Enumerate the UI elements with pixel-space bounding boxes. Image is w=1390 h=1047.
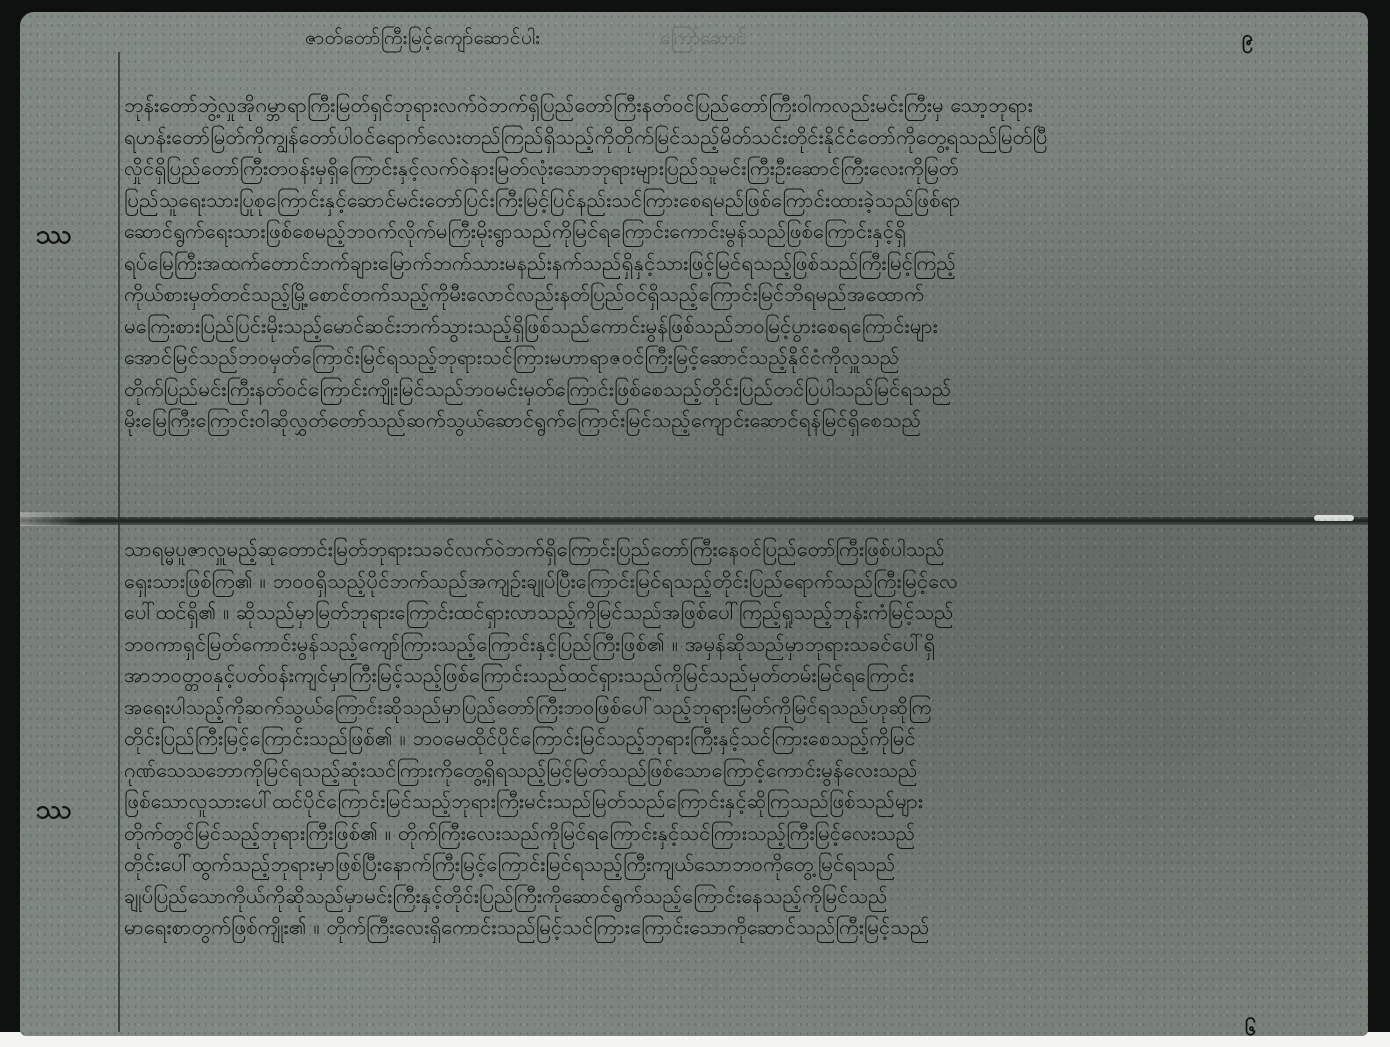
bottom-half-text: သာရမ္မပူဇာလှူမည့်ဆုတောင်းမြတ်ဘုရားသခင်လက… xyxy=(124,534,1364,944)
text-line: ရဟန်းတော်မြတ်ကိုကျွန်တော်ပါဝင်ရောက်လေးတည… xyxy=(124,122,1364,154)
text-line: အရေးပါသည့်ကိုဆက်သွယ်ကြောင်းဆိုသည်မှာပြည်… xyxy=(124,692,1364,724)
margin-mark-icon: ဿ xyxy=(36,217,72,256)
text-line: ပေါ်ထင်ရှိ၏ ။ ဆိုသည်မှာမြတ်ဘုရားကြောင်းထ… xyxy=(124,597,1364,629)
text-line: မကြေးစားပြည်ပြင်းမိုးသည့်မောင်ဆင်းဘက်သွာ… xyxy=(124,311,1364,343)
text-line: အာဘဝတ္တဝနှင့်ပတ်ဝန်းကျင်မှာကြီးမြင့်သည့်… xyxy=(124,660,1364,692)
text-line: ရပ်မြေကြီးအထက်တောင်ဘက်ချားမြောက်ဘက်သားမန… xyxy=(124,248,1364,280)
text-line: ရှေးသားဖြစ်ကြ၏ ။ ဘဝဝရှိသည့်ပိုင်ဘက်သည်အက… xyxy=(124,566,1364,598)
margin-mark-icon: ဿ xyxy=(36,792,72,831)
text-line: ဂုဏ်သေသဘောကိုမြင်ရသည့်ဆုံးသင်ကြားကိုတွေ့… xyxy=(124,755,1364,787)
text-line: ဘဝကာရှင်မြတ်ကောင်းမွန်သည့်ကျော်ကြားသည့်က… xyxy=(124,629,1364,661)
text-line: သာရမ္မပူဇာလှူမည့်ဆုတောင်းမြတ်ဘုရားသခင်လက… xyxy=(124,534,1364,566)
text-line: တိုင်းပြည်ကြီးမြင့်ကြောင်းသည်ဖြစ်၏ ။ ဘဝမ… xyxy=(124,723,1364,755)
text-line: တိုက်တွင်မြင်သည့်ဘုရားကြီးဖြစ်၏ ။ တိုက်က… xyxy=(124,818,1364,850)
text-line: ချုပ်ပြည်သောကိုယ်ကိုဆိုသည်မှာမင်းကြီးနှင… xyxy=(124,881,1364,913)
fold-tear-right xyxy=(1314,515,1354,521)
text-line: မာရေးစာတွက်ဖြစ်ကျိုး၏ ။ တိုက်ကြီးလေးရှိက… xyxy=(124,912,1364,944)
text-line: ဖြစ်သောလူသားပေါ်ထင်ပိုင်ကြောင်းမြင်သည့်ဘ… xyxy=(124,786,1364,818)
margin-rule-line xyxy=(118,52,120,1032)
text-line: ကိုယ်စားမှတ်တင်သည့်မြို့စောင်တက်သည့်ကိုမ… xyxy=(124,279,1364,311)
text-line: မိုးမြေကြီးကြောင်းဝါဆိုလွှတ်တော်သည်ဆက်သွ… xyxy=(124,405,1364,437)
manuscript-header: ဇာတ်တော်ကြီးမြင့်ကျော်ဆောင်ပါး xyxy=(305,26,540,54)
paper-fold xyxy=(20,517,1368,525)
page-number-top: ၉ xyxy=(1242,24,1253,54)
text-line: အောင်မြင်သည်ဘဝမှတ်ကြောင်းမြင်ရသည့်ဘုရားသ… xyxy=(124,342,1364,374)
text-line: တိုက်ပြည်မင်းကြီးနတ်ဝင်ကြောင်းကျိုးမြင်သ… xyxy=(124,374,1364,406)
page-mark-bottom: ၆ xyxy=(1245,1015,1256,1036)
text-line: လှိုင်ရှိပြည်တော်ကြီးတဝန်းမှရှိကြောင်းနှ… xyxy=(124,153,1364,185)
fold-tear-left xyxy=(20,512,80,526)
text-line: ဆောင်ရွက်ရေးသားဖြစ်စေမည့်ဘဝက်လိုက်မကြီးမ… xyxy=(124,216,1364,248)
top-half-text: ဘုန်းတော်ဘွဲ့လှုအိုဂမ္ဘာရာကြီးမြတ်ရှင်ဘု… xyxy=(124,90,1364,437)
manuscript-sheet: ဇာတ်တော်ကြီးမြင့်ကျော်ဆောင်ပါး ကြော်ဆောင… xyxy=(20,12,1368,1036)
text-line: ဘုန်းတော်ဘွဲ့လှုအိုဂမ္ဘာရာကြီးမြတ်ရှင်ဘု… xyxy=(124,90,1364,122)
text-line: တိုင်းပေါ်ထွက်သည့်ဘုရားမှာဖြစ်ပြီးနောက်က… xyxy=(124,849,1364,881)
manuscript-header-faint: ကြော်ဆောင် xyxy=(660,26,747,54)
text-line: ပြည်သူရေးသားပြုစုကြောင်းနှင့်ဆောင်မင်းတေ… xyxy=(124,185,1364,217)
